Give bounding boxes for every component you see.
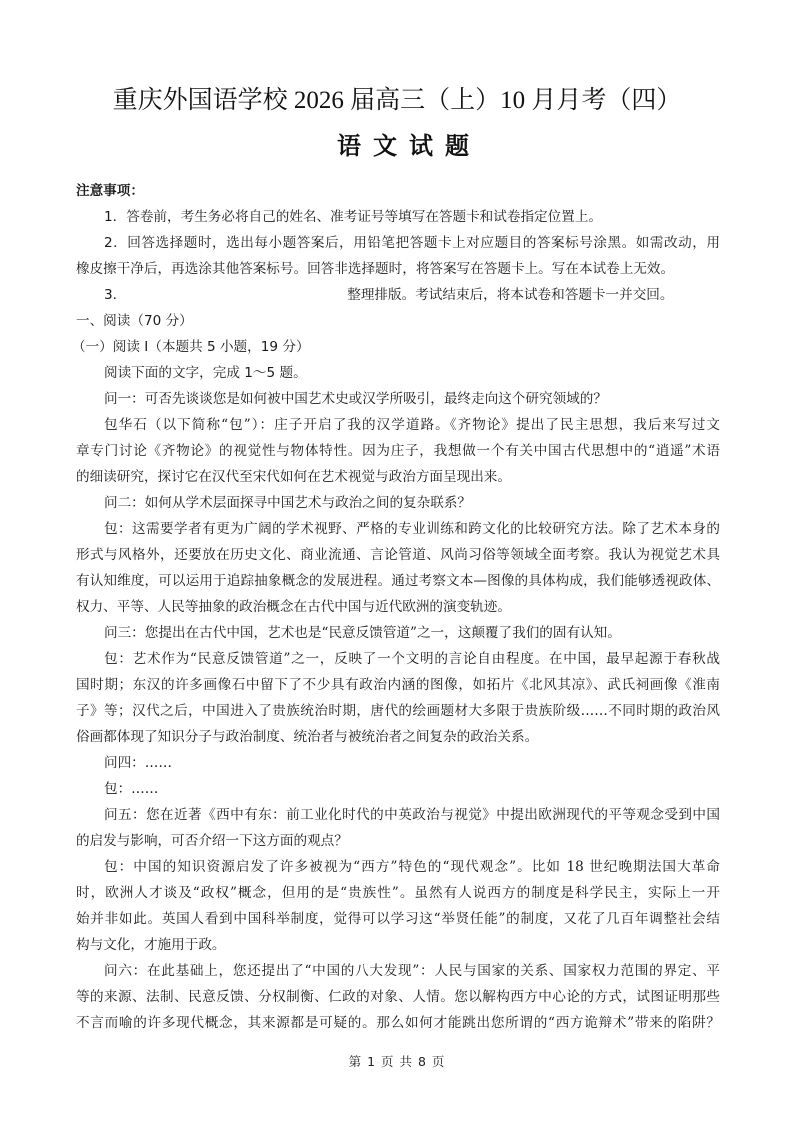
answer-5-line-3: 始并非如此。英国人看到中国科举制度，觉得可以学习这“举贤任能”的制度，又花了几百…: [76, 906, 720, 932]
notice-item-3-text: 整理排版。考试结束后，将本试卷和答题卡一并交回。: [347, 287, 673, 303]
notice-item-1: 1．答卷前，考生务必将自己的姓名、准考证号等填写在答题卡和试卷指定位置上。: [76, 204, 720, 230]
answer-1-line-3: 的细读研究，探讨它在汉代至宋代如何在艺术视觉与政治方面呈现出来。: [76, 464, 720, 490]
section-heading: 一、阅读（70 分）: [76, 308, 720, 334]
answer-2-line-4: 权力、平等、人民等抽象的政治概念在古代中国与近代欧洲的演变轨迹。: [76, 594, 720, 620]
answer-3-line-4: 俗画都体现了知识分子与政治制度、统治者与被统治者之间复杂的政治关系。: [76, 724, 720, 750]
question-6-line-2: 等的来源、法制、民意反馈、分权制衡、仁政的对象、人情。您以解构西方中心论的方式，…: [76, 984, 720, 1010]
notice-item-2-line-1: 2．回答选择题时，选出每小题答案后，用铅笔把答题卡上对应题目的答案标号涂黑。如需…: [76, 230, 720, 256]
answer-3-line-3: 子》等；汉代之后，中国进入了贵族统治时期，唐代的绘画题材大多限于贵族阶级……不同…: [76, 698, 720, 724]
answer-5-line-2: 时，欧洲人才谈及“政权”概念，但用的是“贵族性”。虽然有人说西方的制度是科学民主…: [76, 880, 720, 906]
answer-5-line-1: 包：中国的知识资源启发了许多被视为“西方”特色的“现代观念”。比如 18 世纪晚…: [76, 854, 720, 880]
answer-1-line-2: 章专门讨论《齐物论》的视觉性与物体特性。因为庄子，我想做一个有关中国古代思想中的…: [76, 438, 720, 464]
answer-5-line-4: 构与文化，才施用于政。: [76, 932, 720, 958]
page-number: 第 1 页 共 8 页: [0, 1052, 794, 1070]
subject-title: 语文试题: [0, 126, 794, 161]
notice-item-2-line-2: 橡皮擦干净后，再选涂其他答案标号。回答非选择题时，将答案写在答题卡上。写在本试卷…: [76, 256, 720, 282]
question-4: 问四：……: [76, 750, 720, 776]
page-body: 注意事项： 1．答卷前，考生务必将自己的姓名、准考证号等填写在答题卡和试卷指定位…: [76, 178, 720, 1036]
question-5-line-1: 问五：您在近著《西中有东：前工业化时代的中英政治与视觉》中提出欧洲现代的平等观念…: [76, 802, 720, 828]
answer-2-line-3: 有认知维度，可以运用于追踪抽象概念的发展进程。通过考察文本—图像的具体构成，我们…: [76, 568, 720, 594]
exam-title: 重庆外国语学校 2026 届高三（上）10 月月考（四）: [0, 80, 794, 116]
answer-4: 包：……: [76, 776, 720, 802]
question-2: 问二：如何从学术层面探寻中国艺术与政治之间的复杂联系？: [76, 490, 720, 516]
question-5-line-2: 的启发与影响，可否介绍一下这方面的观点？: [76, 828, 720, 854]
notice-item-3-number: 3．: [104, 287, 126, 303]
question-6-line-3: 不言而喻的许多现代概念，其来源都是可疑的。那么如何才能跳出您所谓的“西方诡辩术”…: [76, 1010, 720, 1036]
notice-item-3: 3．整理排版。考试结束后，将本试卷和答题卡一并交回。: [76, 282, 720, 308]
notice-heading: 注意事项：: [76, 178, 720, 204]
section-subheading: （一）阅读 I（本题共 5 小题，19 分）: [72, 334, 720, 360]
answer-1-line-1: 包华石（以下简称“包”）：庄子开启了我的汉学道路。《齐物论》提出了民主思想，我后…: [76, 412, 720, 438]
question-1: 问一：可否先谈谈您是如何被中国艺术史或汉学所吸引，最终走向这个研究领域的？: [76, 386, 720, 412]
question-6-line-1: 问六：在此基础上，您还提出了“中国的八大发现”：人民与国家的关系、国家权力范围的…: [76, 958, 720, 984]
exam-page: 重庆外国语学校 2026 届高三（上）10 月月考（四） 语文试题 注意事项： …: [0, 0, 794, 1122]
answer-2-line-2: 形式与风格外，还要放在历史文化、商业流通、言论管道、风尚习俗等领域全面考察。我认…: [76, 542, 720, 568]
passage: 问一：可否先谈谈您是如何被中国艺术史或汉学所吸引，最终走向这个研究领域的？ 包华…: [76, 386, 720, 1036]
section-instruction: 阅读下面的文字，完成 1～5 题。: [76, 360, 720, 386]
answer-3-line-2: 国时期；东汉的许多画像石中留下了不少具有政治内涵的图像，如拓片《北风其凉》、武氏…: [76, 672, 720, 698]
question-3: 问三：您提出在古代中国，艺术也是“民意反馈管道”之一，这颠覆了我们的固有认知。: [76, 620, 720, 646]
answer-2-line-1: 包：这需要学者有更为广阔的学术视野、严格的专业训练和跨文化的比较研究方法。除了艺…: [76, 516, 720, 542]
answer-3-line-1: 包：艺术作为“民意反馈管道”之一，反映了一个文明的言论自由程度。在中国，最早起源…: [76, 646, 720, 672]
